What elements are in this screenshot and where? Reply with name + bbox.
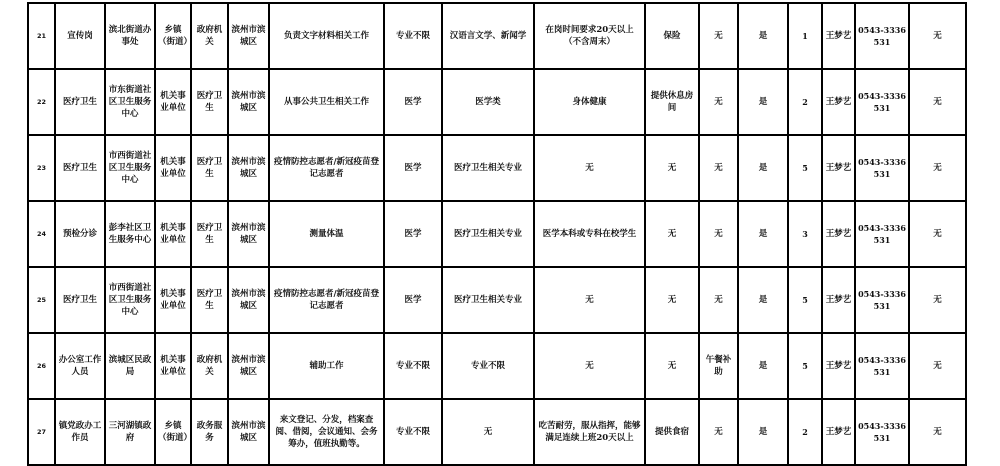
cell-position: 宣传岗 xyxy=(55,3,105,69)
cell-unit-type: 机关事业单位 xyxy=(155,267,191,333)
cell-count: 3 xyxy=(788,201,822,267)
cell-remark: 无 xyxy=(909,399,966,465)
cell-no: 26 xyxy=(28,333,55,399)
cell-unit-type: 机关事业单位 xyxy=(155,69,191,135)
cell-position: 医疗卫生 xyxy=(55,135,105,201)
cell-major-req: 医学 xyxy=(384,135,442,201)
cell-benefits: 无 xyxy=(645,267,699,333)
cell-duties: 负责文字材料相关工作 xyxy=(269,3,384,69)
positions-table-body: 21宣传岗滨北街道办事处乡镇（街道）政府机关滨州市滨城区负责文字材料相关工作专业… xyxy=(28,3,966,465)
cell-count: 5 xyxy=(788,267,822,333)
cell-certificate: 是 xyxy=(738,201,788,267)
cell-remark: 无 xyxy=(909,69,966,135)
cell-unit-type: 机关事业单位 xyxy=(155,201,191,267)
cell-unit: 滨北街道办事处 xyxy=(105,3,155,69)
cell-location: 滨州市滨城区 xyxy=(228,333,269,399)
cell-remark: 无 xyxy=(909,333,966,399)
table-row: 27镇党政办工作员三河湖镇政府乡镇（街道）政务服务滨州市滨城区来文登记、分发，档… xyxy=(28,399,966,465)
cell-major: 医学类 xyxy=(442,69,534,135)
cell-duties: 疫情防控志愿者/新冠疫苗登记志愿者 xyxy=(269,267,384,333)
cell-contact: 王梦艺 xyxy=(822,267,855,333)
cell-certificate: 是 xyxy=(738,135,788,201)
cell-contact: 王梦艺 xyxy=(822,201,855,267)
cell-position: 医疗卫生 xyxy=(55,267,105,333)
cell-location: 滨州市滨城区 xyxy=(228,399,269,465)
cell-duties: 疫情防控志愿者/新冠疫苗登记志愿者 xyxy=(269,135,384,201)
cell-major-req: 专业不限 xyxy=(384,399,442,465)
cell-duties: 从事公共卫生相关工作 xyxy=(269,69,384,135)
cell-major: 专业不限 xyxy=(442,333,534,399)
cell-remark: 无 xyxy=(909,3,966,69)
cell-other-req: 在岗时间要求20天以上（不含周末） xyxy=(534,3,645,69)
cell-certificate: 是 xyxy=(738,399,788,465)
cell-category: 医疗卫生 xyxy=(191,135,228,201)
cell-location: 滨州市滨城区 xyxy=(228,3,269,69)
cell-benefits: 无 xyxy=(645,201,699,267)
cell-phone: 0543-3336531 xyxy=(855,333,909,399)
cell-category: 政府机关 xyxy=(191,3,228,69)
table-row: 26办公室工作人员滨城区民政局机关事业单位政府机关滨州市滨城区辅助工作专业不限专… xyxy=(28,333,966,399)
cell-duties: 辅助工作 xyxy=(269,333,384,399)
cell-location: 滨州市滨城区 xyxy=(228,135,269,201)
cell-count: 2 xyxy=(788,399,822,465)
cell-other-req: 医学本科或专科在校学生 xyxy=(534,201,645,267)
cell-phone: 0543-3336531 xyxy=(855,201,909,267)
cell-other-req: 身体健康 xyxy=(534,69,645,135)
cell-remark: 无 xyxy=(909,267,966,333)
cell-category: 医疗卫生 xyxy=(191,267,228,333)
cell-contact: 王梦艺 xyxy=(822,399,855,465)
cell-contact: 王梦艺 xyxy=(822,135,855,201)
volunteer-positions-sheet: 21宣传岗滨北街道办事处乡镇（街道）政府机关滨州市滨城区负责文字材料相关工作专业… xyxy=(27,2,967,466)
cell-phone: 0543-3336531 xyxy=(855,3,909,69)
cell-other-req: 无 xyxy=(534,135,645,201)
cell-major-req: 医学 xyxy=(384,69,442,135)
cell-major-req: 专业不限 xyxy=(384,3,442,69)
cell-certificate: 是 xyxy=(738,333,788,399)
cell-certificate: 是 xyxy=(738,69,788,135)
cell-subsidy: 无 xyxy=(699,399,738,465)
cell-certificate: 是 xyxy=(738,267,788,333)
cell-category: 政务服务 xyxy=(191,399,228,465)
cell-subsidy: 无 xyxy=(699,3,738,69)
cell-position: 办公室工作人员 xyxy=(55,333,105,399)
cell-major: 医疗卫生相关专业 xyxy=(442,201,534,267)
cell-contact: 王梦艺 xyxy=(822,3,855,69)
cell-location: 滨州市滨城区 xyxy=(228,69,269,135)
cell-major-req: 专业不限 xyxy=(384,333,442,399)
cell-no: 24 xyxy=(28,201,55,267)
cell-location: 滨州市滨城区 xyxy=(228,201,269,267)
cell-no: 21 xyxy=(28,3,55,69)
cell-other-req: 无 xyxy=(534,267,645,333)
cell-major: 无 xyxy=(442,399,534,465)
cell-unit-type: 乡镇（街道） xyxy=(155,3,191,69)
cell-subsidy: 无 xyxy=(699,267,738,333)
cell-major: 汉语言文学、新闻学 xyxy=(442,3,534,69)
cell-unit-type: 乡镇（街道） xyxy=(155,399,191,465)
cell-phone: 0543-3336531 xyxy=(855,267,909,333)
cell-subsidy: 无 xyxy=(699,201,738,267)
cell-category: 政府机关 xyxy=(191,333,228,399)
cell-benefits: 保险 xyxy=(645,3,699,69)
cell-remark: 无 xyxy=(909,201,966,267)
cell-subsidy: 无 xyxy=(699,135,738,201)
table-row: 21宣传岗滨北街道办事处乡镇（街道）政府机关滨州市滨城区负责文字材料相关工作专业… xyxy=(28,3,966,69)
cell-unit: 滨城区民政局 xyxy=(105,333,155,399)
cell-benefits: 无 xyxy=(645,333,699,399)
cell-contact: 王梦艺 xyxy=(822,69,855,135)
cell-position: 医疗卫生 xyxy=(55,69,105,135)
cell-count: 5 xyxy=(788,135,822,201)
cell-major-req: 医学 xyxy=(384,267,442,333)
cell-location: 滨州市滨城区 xyxy=(228,267,269,333)
cell-no: 23 xyxy=(28,135,55,201)
cell-unit-type: 机关事业单位 xyxy=(155,135,191,201)
cell-category: 医疗卫生 xyxy=(191,69,228,135)
cell-phone: 0543-3336531 xyxy=(855,69,909,135)
table-row: 22医疗卫生市东街道社区卫生服务中心机关事业单位医疗卫生滨州市滨城区从事公共卫生… xyxy=(28,69,966,135)
cell-benefits: 提供食宿 xyxy=(645,399,699,465)
cell-count: 1 xyxy=(788,3,822,69)
cell-subsidy: 午餐补助 xyxy=(699,333,738,399)
cell-benefits: 提供休息房间 xyxy=(645,69,699,135)
cell-position: 镇党政办工作员 xyxy=(55,399,105,465)
positions-table: 21宣传岗滨北街道办事处乡镇（街道）政府机关滨州市滨城区负责文字材料相关工作专业… xyxy=(27,2,967,466)
cell-subsidy: 无 xyxy=(699,69,738,135)
cell-duties: 测量体温 xyxy=(269,201,384,267)
cell-unit: 市西街道社区卫生服务中心 xyxy=(105,135,155,201)
table-row: 24预检分诊彭李社区卫生服务中心机关事业单位医疗卫生滨州市滨城区测量体温医学医疗… xyxy=(28,201,966,267)
cell-major: 医疗卫生相关专业 xyxy=(442,135,534,201)
cell-contact: 王梦艺 xyxy=(822,333,855,399)
cell-duties: 来文登记、分发，档案查阅、借阅，会议通知、会务筹办，值班执勤等。 xyxy=(269,399,384,465)
cell-unit: 三河湖镇政府 xyxy=(105,399,155,465)
cell-remark: 无 xyxy=(909,135,966,201)
cell-phone: 0543-3336531 xyxy=(855,399,909,465)
cell-major-req: 医学 xyxy=(384,201,442,267)
cell-no: 27 xyxy=(28,399,55,465)
cell-unit: 市东街道社区卫生服务中心 xyxy=(105,69,155,135)
cell-other-req: 无 xyxy=(534,333,645,399)
cell-unit: 市西街道社区卫生服务中心 xyxy=(105,267,155,333)
cell-phone: 0543-3336531 xyxy=(855,135,909,201)
cell-category: 医疗卫生 xyxy=(191,201,228,267)
cell-position: 预检分诊 xyxy=(55,201,105,267)
cell-no: 22 xyxy=(28,69,55,135)
table-row: 23医疗卫生市西街道社区卫生服务中心机关事业单位医疗卫生滨州市滨城区疫情防控志愿… xyxy=(28,135,966,201)
cell-count: 2 xyxy=(788,69,822,135)
cell-other-req: 吃苦耐劳，服从指挥，能够满足连续上班20天以上 xyxy=(534,399,645,465)
cell-count: 5 xyxy=(788,333,822,399)
cell-no: 25 xyxy=(28,267,55,333)
table-row: 25医疗卫生市西街道社区卫生服务中心机关事业单位医疗卫生滨州市滨城区疫情防控志愿… xyxy=(28,267,966,333)
cell-benefits: 无 xyxy=(645,135,699,201)
cell-unit-type: 机关事业单位 xyxy=(155,333,191,399)
cell-unit: 彭李社区卫生服务中心 xyxy=(105,201,155,267)
cell-major: 医疗卫生相关专业 xyxy=(442,267,534,333)
cell-certificate: 是 xyxy=(738,3,788,69)
